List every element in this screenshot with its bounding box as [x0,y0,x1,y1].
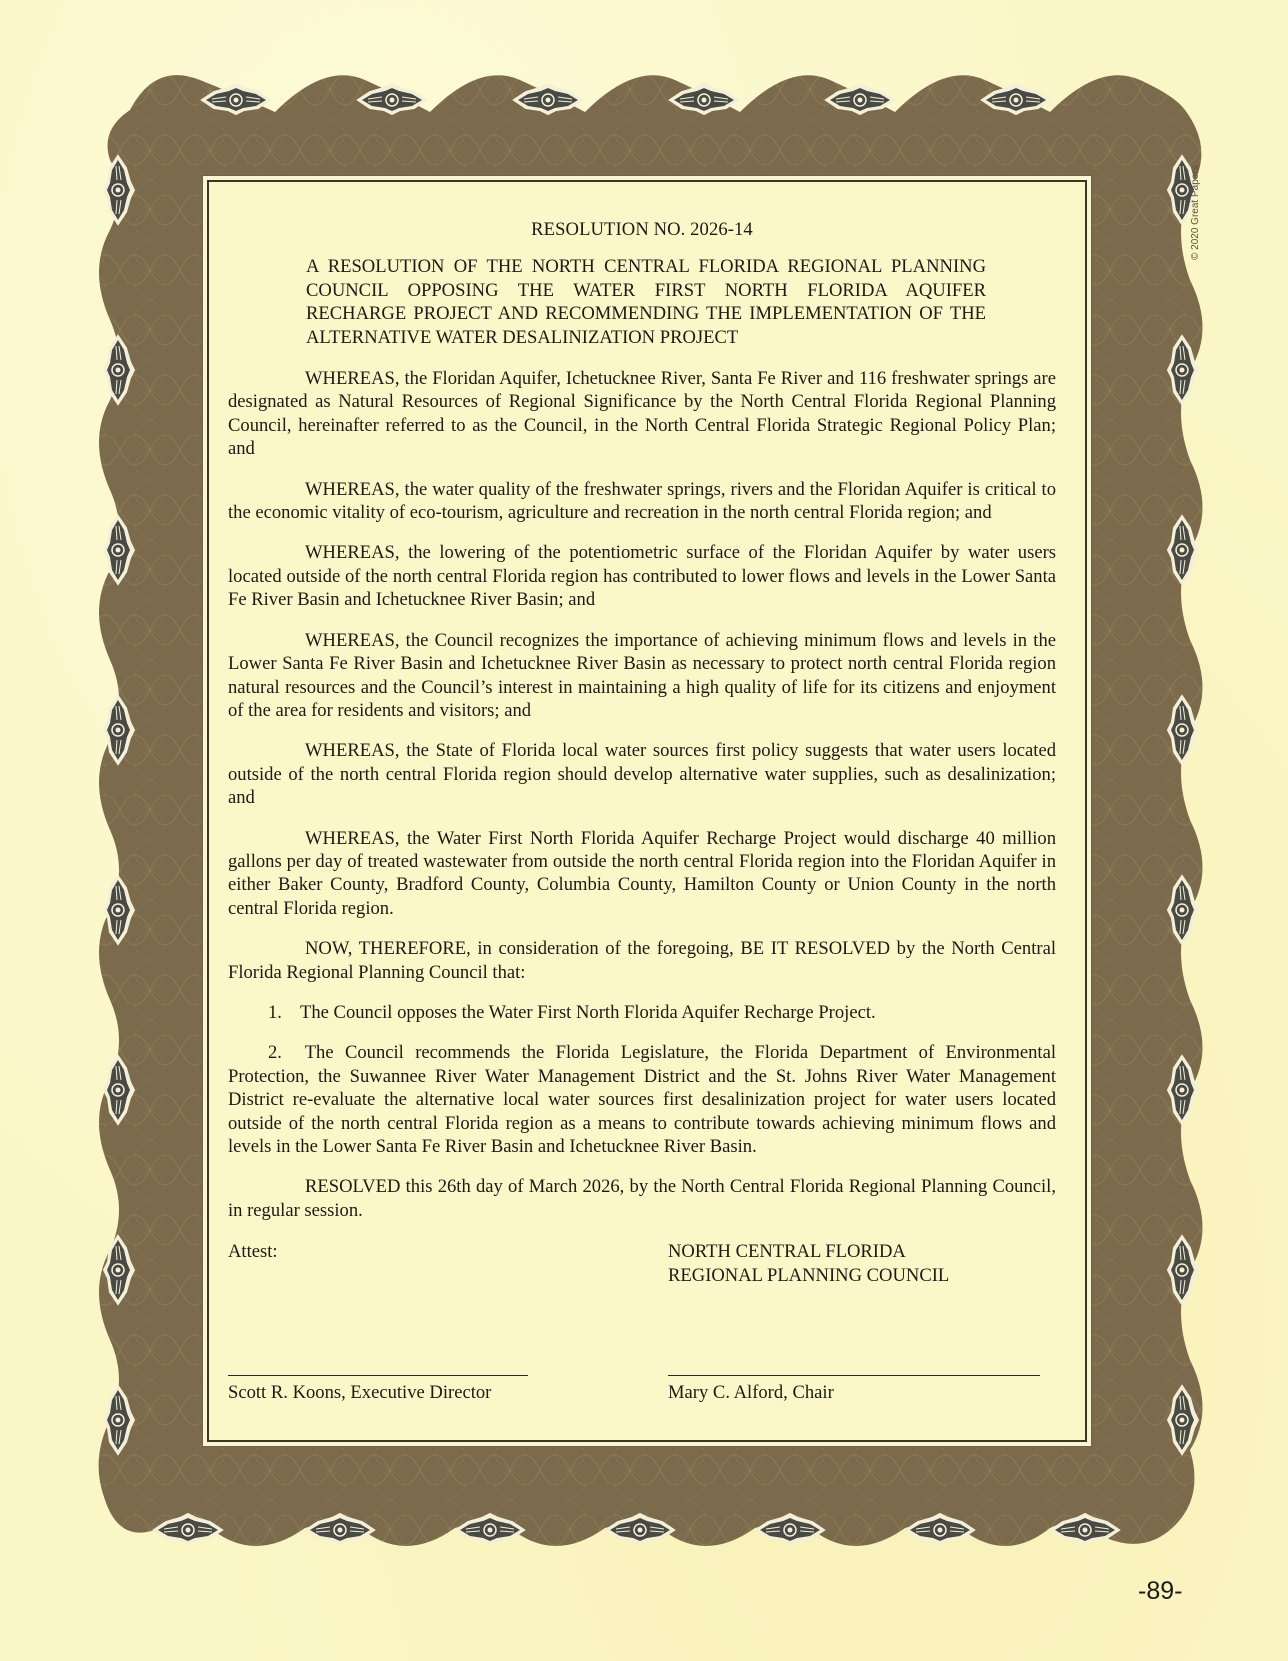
resolved-item: 1.The Council opposes the Water First No… [268,1001,1056,1024]
council-name-line-1: NORTH CENTRAL FLORIDA [668,1240,949,1263]
attestation-block: Attest: NORTH CENTRAL FLORIDA REGIONAL P… [228,1240,1056,1298]
signature-name-chair: Mary C. Alford, Chair [668,1382,834,1404]
attest-label: Attest: [228,1240,278,1263]
signature-name-executive-director: Scott R. Koons, Executive Director [228,1382,491,1404]
whereas-clause: WHEREAS, the water quality of the freshw… [228,478,1056,525]
resolution-title: RESOLUTION NO. 2026-14 [228,218,1056,241]
resolved-date-clause: RESOLVED this 26th day of March 2026, by… [228,1175,1056,1222]
signature-line-chair [668,1375,1040,1376]
item-number: 2. [268,1042,282,1063]
whereas-clause: WHEREAS, the Water First North Florida A… [228,827,1056,921]
therefore-clause: NOW, THEREFORE, in consideration of the … [228,937,1056,984]
item-text: The Council opposes the Water First Nort… [300,1002,876,1023]
resolved-item: 2. The Council recommends the Florida Le… [228,1041,1056,1158]
whereas-clause: WHEREAS, the Floridan Aquifer, Ichetuckn… [228,367,1056,461]
copyright-notice: © 2020 Great Papers [1190,165,1201,260]
resolution-body: RESOLUTION NO. 2026-14 A RESOLUTION OF T… [228,218,1056,1298]
signature-section: Scott R. Koons, Executive Director Mary … [228,1375,1056,1415]
resolution-heading: A RESOLUTION OF THE NORTH CENTRAL FLORID… [306,255,986,349]
council-name: NORTH CENTRAL FLORIDA REGIONAL PLANNING … [668,1240,949,1287]
item-number: 1. [268,1001,300,1024]
whereas-clause: WHEREAS, the lowering of the potentiomet… [228,541,1056,611]
council-name-line-2: REGIONAL PLANNING COUNCIL [668,1264,949,1287]
whereas-clause: WHEREAS, the Council recognizes the impo… [228,629,1056,723]
signature-line-executive-director [228,1375,528,1376]
page-number: -89- [1138,1577,1182,1606]
whereas-clause: WHEREAS, the State of Florida local wate… [228,739,1056,809]
item-text: The Council recommends the Florida Legis… [228,1042,1056,1157]
